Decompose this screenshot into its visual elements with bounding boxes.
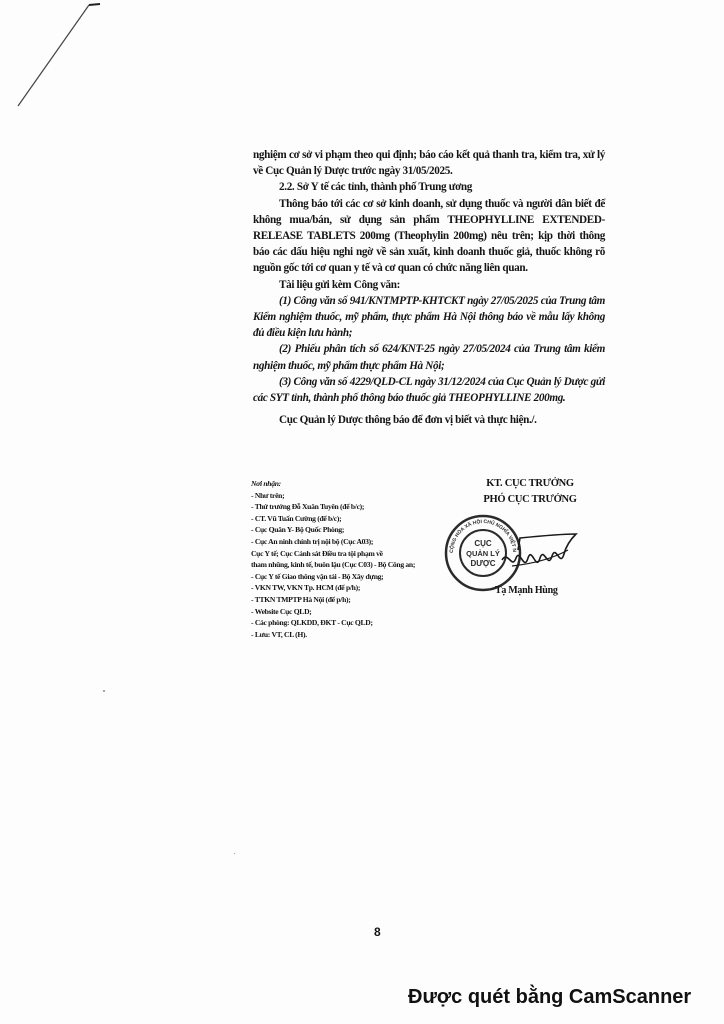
recipient-item: Cục Y tế; Cục Cảnh sát Điều tra tội phạm…: [251, 548, 451, 560]
recipient-item: - Các phòng: QLKDD, ĐKT - Cục QLD;: [251, 617, 451, 629]
recipient-item: - Cục Y tế Giao thông vận tải - Bộ Xây d…: [251, 571, 451, 583]
recipient-item: - TTKN TMPTP Hà Nội (để p/h);: [251, 594, 451, 606]
scan-speck: [234, 853, 235, 854]
signature-scribble-icon: [500, 520, 590, 580]
stamp-line1: CỤC: [474, 539, 492, 548]
recipient-item: - CT. Vũ Tuấn Cường (để b/c);: [251, 513, 451, 525]
recipient-item: - Thứ trưởng Đỗ Xuân Tuyên (để b/c);: [251, 501, 451, 513]
attachment-item: (1) Công văn số 941/KNTMPTP-KHTCKT ngày …: [253, 293, 605, 342]
document-body: nghiệm cơ sở vi phạm theo qui định; báo …: [253, 147, 605, 428]
scanned-document-page: nghiệm cơ sở vi phạm theo qui định; báo …: [0, 0, 724, 1024]
continuation-paragraph: nghiệm cơ sở vi phạm theo qui định; báo …: [253, 147, 605, 179]
signature-block: KT. CỤC TRƯỞNG PHÓ CỤC TRƯỞNG: [470, 476, 590, 508]
recipient-item: - Website Cục QLD;: [251, 606, 451, 618]
section-paragraph: Thông báo tới các cơ sở kinh doanh, sử d…: [253, 196, 605, 277]
recipient-item: - Như trên;: [251, 490, 451, 502]
recipient-item: - Cục An ninh chính trị nội bộ (Cục A03)…: [251, 536, 451, 548]
attachment-item: (2) Phiếu phân tích số 624/KNT-25 ngày 2…: [253, 341, 605, 373]
stamp-line2: QUẢN LÝ: [466, 549, 500, 558]
signature-title-line2: PHÓ CỤC TRƯỞNG: [470, 492, 590, 508]
page-number: 8: [374, 925, 381, 939]
camscanner-watermark: Được quét bằng CamScanner: [408, 986, 691, 1009]
recipients-title: Nơi nhận:: [251, 478, 451, 490]
scan-speck: [103, 690, 105, 692]
attachments-heading: Tài liệu gửi kèm Công văn:: [253, 277, 605, 293]
recipient-item: - Cục Quân Y- Bộ Quốc Phòng;: [251, 524, 451, 536]
recipient-item: - VKN TW, VKN Tp. HCM (để p/h);: [251, 582, 451, 594]
signature-title-line1: KT. CỤC TRƯỞNG: [470, 476, 590, 492]
recipients-list: Nơi nhận: - Như trên; - Thứ trưởng Đỗ Xu…: [251, 478, 451, 640]
page-fold-line: [0, 0, 200, 120]
recipient-item: tham nhũng, kinh tế, buôn lậu (Cục C03) …: [251, 559, 451, 571]
signer-name: Tạ Mạnh Hùng: [495, 585, 558, 596]
stamp-line3: DƯỢC: [470, 559, 495, 568]
section-heading: 2.2. Sở Y tế các tỉnh, thành phố Trung ư…: [253, 179, 605, 195]
attachment-item: (3) Công văn số 4229/QLD-CL ngày 31/12/2…: [253, 374, 605, 406]
recipient-item: - Lưu: VT, CL (H).: [251, 629, 451, 641]
closing-line: Cục Quản lý Dược thông báo để đơn vị biế…: [253, 412, 605, 428]
